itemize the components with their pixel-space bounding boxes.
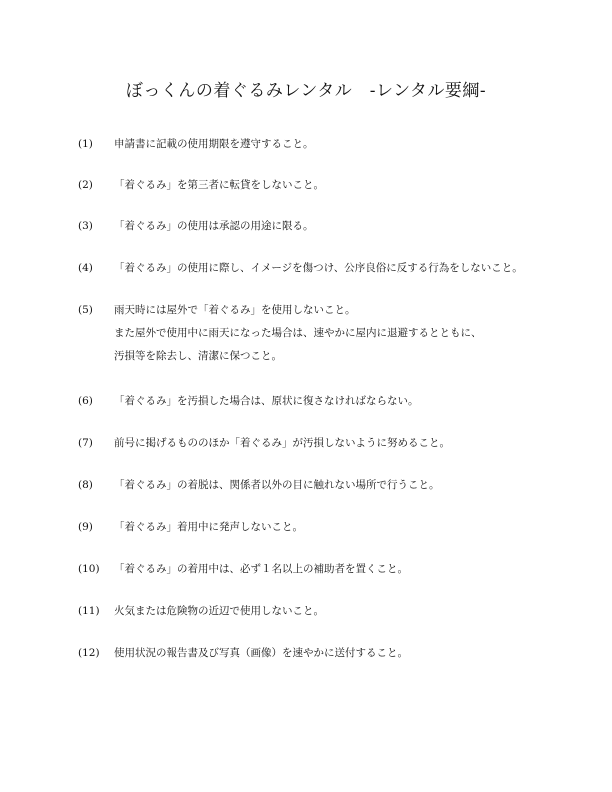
rule-item-3: (3) 「着ぐるみ」の使用は承認の用途に限る。 <box>78 215 578 238</box>
rule-number: (2) <box>78 174 114 197</box>
rule-number: (11) <box>78 600 114 623</box>
rule-item-6: (6) 「着ぐるみ」を汚損した場合は、原状に復さなければならない。 <box>78 390 578 413</box>
rule-text: 申請書に記載の使用期限を遵守すること。 <box>114 133 578 156</box>
rule-item-9: (9) 「着ぐるみ」着用中に発声しないこと。 <box>78 516 578 539</box>
rule-text: 使用状況の報告書及び写真（画像）を速やかに送付すること。 <box>114 642 578 665</box>
rule-item-5: (5) 雨天時には屋外で「着ぐるみ」を使用しないこと。 また屋外で使用中に雨天に… <box>78 299 578 368</box>
rule-item-12: (12) 使用状況の報告書及び写真（画像）を速やかに送付すること。 <box>78 642 578 665</box>
rule-number: (6) <box>78 390 114 413</box>
rule-text: 「着ぐるみ」着用中に発声しないこと。 <box>114 516 578 539</box>
rule-number: (7) <box>78 432 114 455</box>
rule-item-2: (2) 「着ぐるみ」を第三者に転貸をしないこと。 <box>78 174 578 197</box>
rule-number: (9) <box>78 516 114 539</box>
rule-item-10: (10) 「着ぐるみ」の着用中は、必ず１名以上の補助者を置くこと。 <box>78 558 578 581</box>
rule-text: 「着ぐるみ」の着用中は、必ず１名以上の補助者を置くこと。 <box>114 558 578 581</box>
rule-number: (12) <box>78 642 114 665</box>
document-title: ぼっくんの着ぐるみレンタル -レンタル要綱- <box>0 76 612 101</box>
rule-item-4: (4) 「着ぐるみ」の使用に際し、イメージを傷つけ、公序良俗に反する行為をしない… <box>78 257 578 280</box>
rule-number: (8) <box>78 474 114 497</box>
rule-text: 火気または危険物の近辺で使用しないこと。 <box>114 600 578 623</box>
rule-text: 「着ぐるみ」の使用に際し、イメージを傷つけ、公序良俗に反する行為をしないこと。 <box>114 257 578 280</box>
rule-number: (5) <box>78 299 114 322</box>
rule-text: 「着ぐるみ」を汚損した場合は、原状に復さなければならない。 <box>114 390 578 413</box>
rule-item-7: (7) 前号に掲げるもののほか「着ぐるみ」が汚損しないように努めること。 <box>78 432 578 455</box>
rule-number: (4) <box>78 257 114 280</box>
rule-text: 前号に掲げるもののほか「着ぐるみ」が汚損しないように努めること。 <box>114 432 578 455</box>
rule-text: 汚損等を除去し、清潔に保つこと。 <box>114 345 578 368</box>
rule-text: 「着ぐるみ」の着脱は、関係者以外の目に触れない場所で行うこと。 <box>114 474 578 497</box>
rule-number: (1) <box>78 133 114 156</box>
rule-text: 「着ぐるみ」の使用は承認の用途に限る。 <box>114 215 578 238</box>
rule-text: 雨天時には屋外で「着ぐるみ」を使用しないこと。 <box>114 299 578 322</box>
rule-item-8: (8) 「着ぐるみ」の着脱は、関係者以外の目に触れない場所で行うこと。 <box>78 474 578 497</box>
rule-item-11: (11) 火気または危険物の近辺で使用しないこと。 <box>78 600 578 623</box>
rule-text: 「着ぐるみ」を第三者に転貸をしないこと。 <box>114 174 578 197</box>
rule-number: (10) <box>78 558 114 581</box>
rule-text: また屋外で使用中に雨天になった場合は、速やかに屋内に退避するとともに、 <box>114 322 578 345</box>
rule-item-1: (1) 申請書に記載の使用期限を遵守すること。 <box>78 133 578 156</box>
rule-number: (3) <box>78 215 114 238</box>
